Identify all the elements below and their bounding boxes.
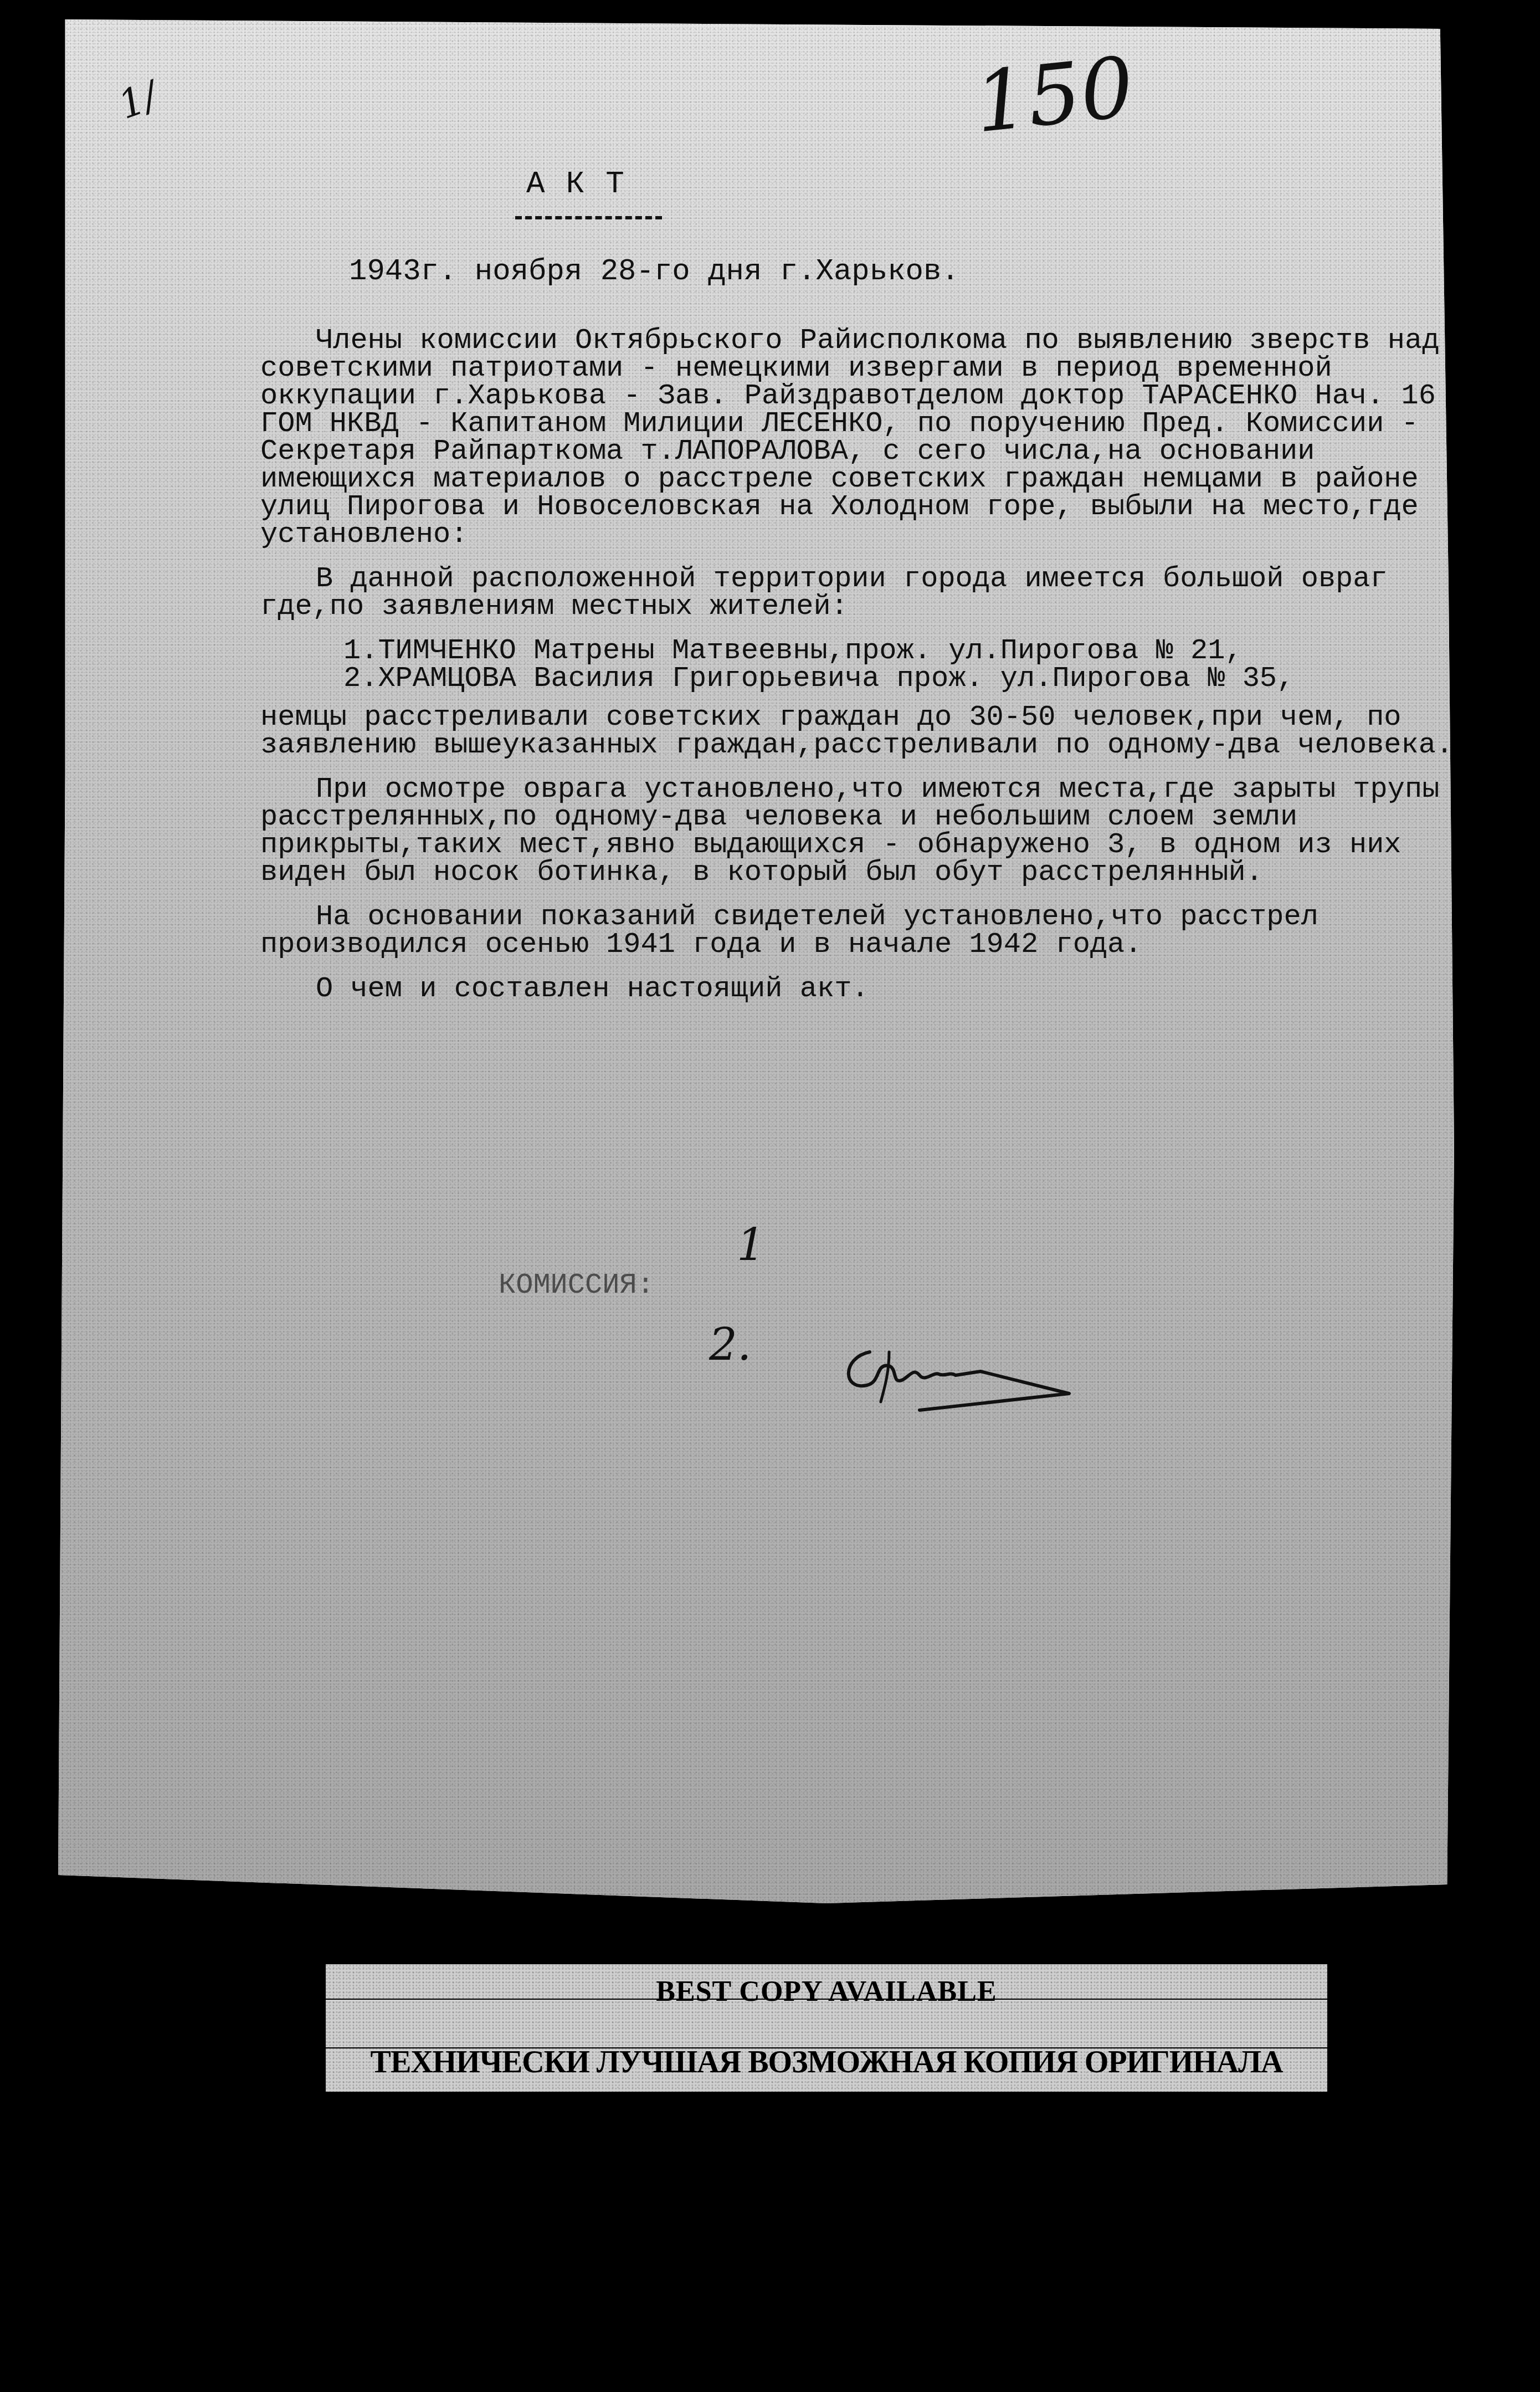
- paragraph-shootings: немцы расстреливали советских граждан до…: [260, 704, 1479, 759]
- paragraph-inspection: При осмотре оврага установлено,что имеют…: [260, 776, 1479, 887]
- banner-english-text: BEST COPY AVAILABLE: [326, 1975, 1327, 2008]
- folio-number: 150: [971, 39, 1138, 152]
- resident-item: 2.ХРАМЦОВА Василия Григорьевича прож. ул…: [260, 665, 1479, 693]
- banner-russian-text: ТЕХНИЧЕСКИ ЛУЧШАЯ ВОЗМОЖНАЯ КОПИЯ ОРИГИН…: [326, 2045, 1327, 2080]
- handwritten-signature: [836, 1341, 1102, 1413]
- document-title: АКТ: [526, 166, 645, 202]
- document-body: Члены комиссии Октябрьского Райисполкома…: [260, 327, 1479, 1020]
- resident-item: 1.ТИМЧЕНКО Матрены Матвеевны,прож. ул.Пи…: [260, 637, 1479, 665]
- best-copy-banner: BEST COPY AVAILABLE ТЕХНИЧЕСКИ ЛУЧШАЯ ВО…: [326, 1964, 1327, 2092]
- paragraph-commission: Члены комиссии Октябрьского Райисполкома…: [260, 327, 1479, 549]
- paragraph-location: В данной расположенной территории города…: [260, 565, 1479, 621]
- signature-number-1: 1: [737, 1219, 765, 1271]
- dateline: 1943г. ноября 28-го дня г.Харьков.: [349, 255, 959, 289]
- commission-label: КОМИССИЯ:: [499, 1269, 654, 1302]
- paragraph-testimony: На основании показаний свидетелей устано…: [260, 903, 1479, 959]
- title-underline: [515, 216, 662, 219]
- paragraph-closing: О чем и составлен настоящий акт.: [260, 975, 1479, 1003]
- signature-number-2: 2.: [709, 1319, 751, 1370]
